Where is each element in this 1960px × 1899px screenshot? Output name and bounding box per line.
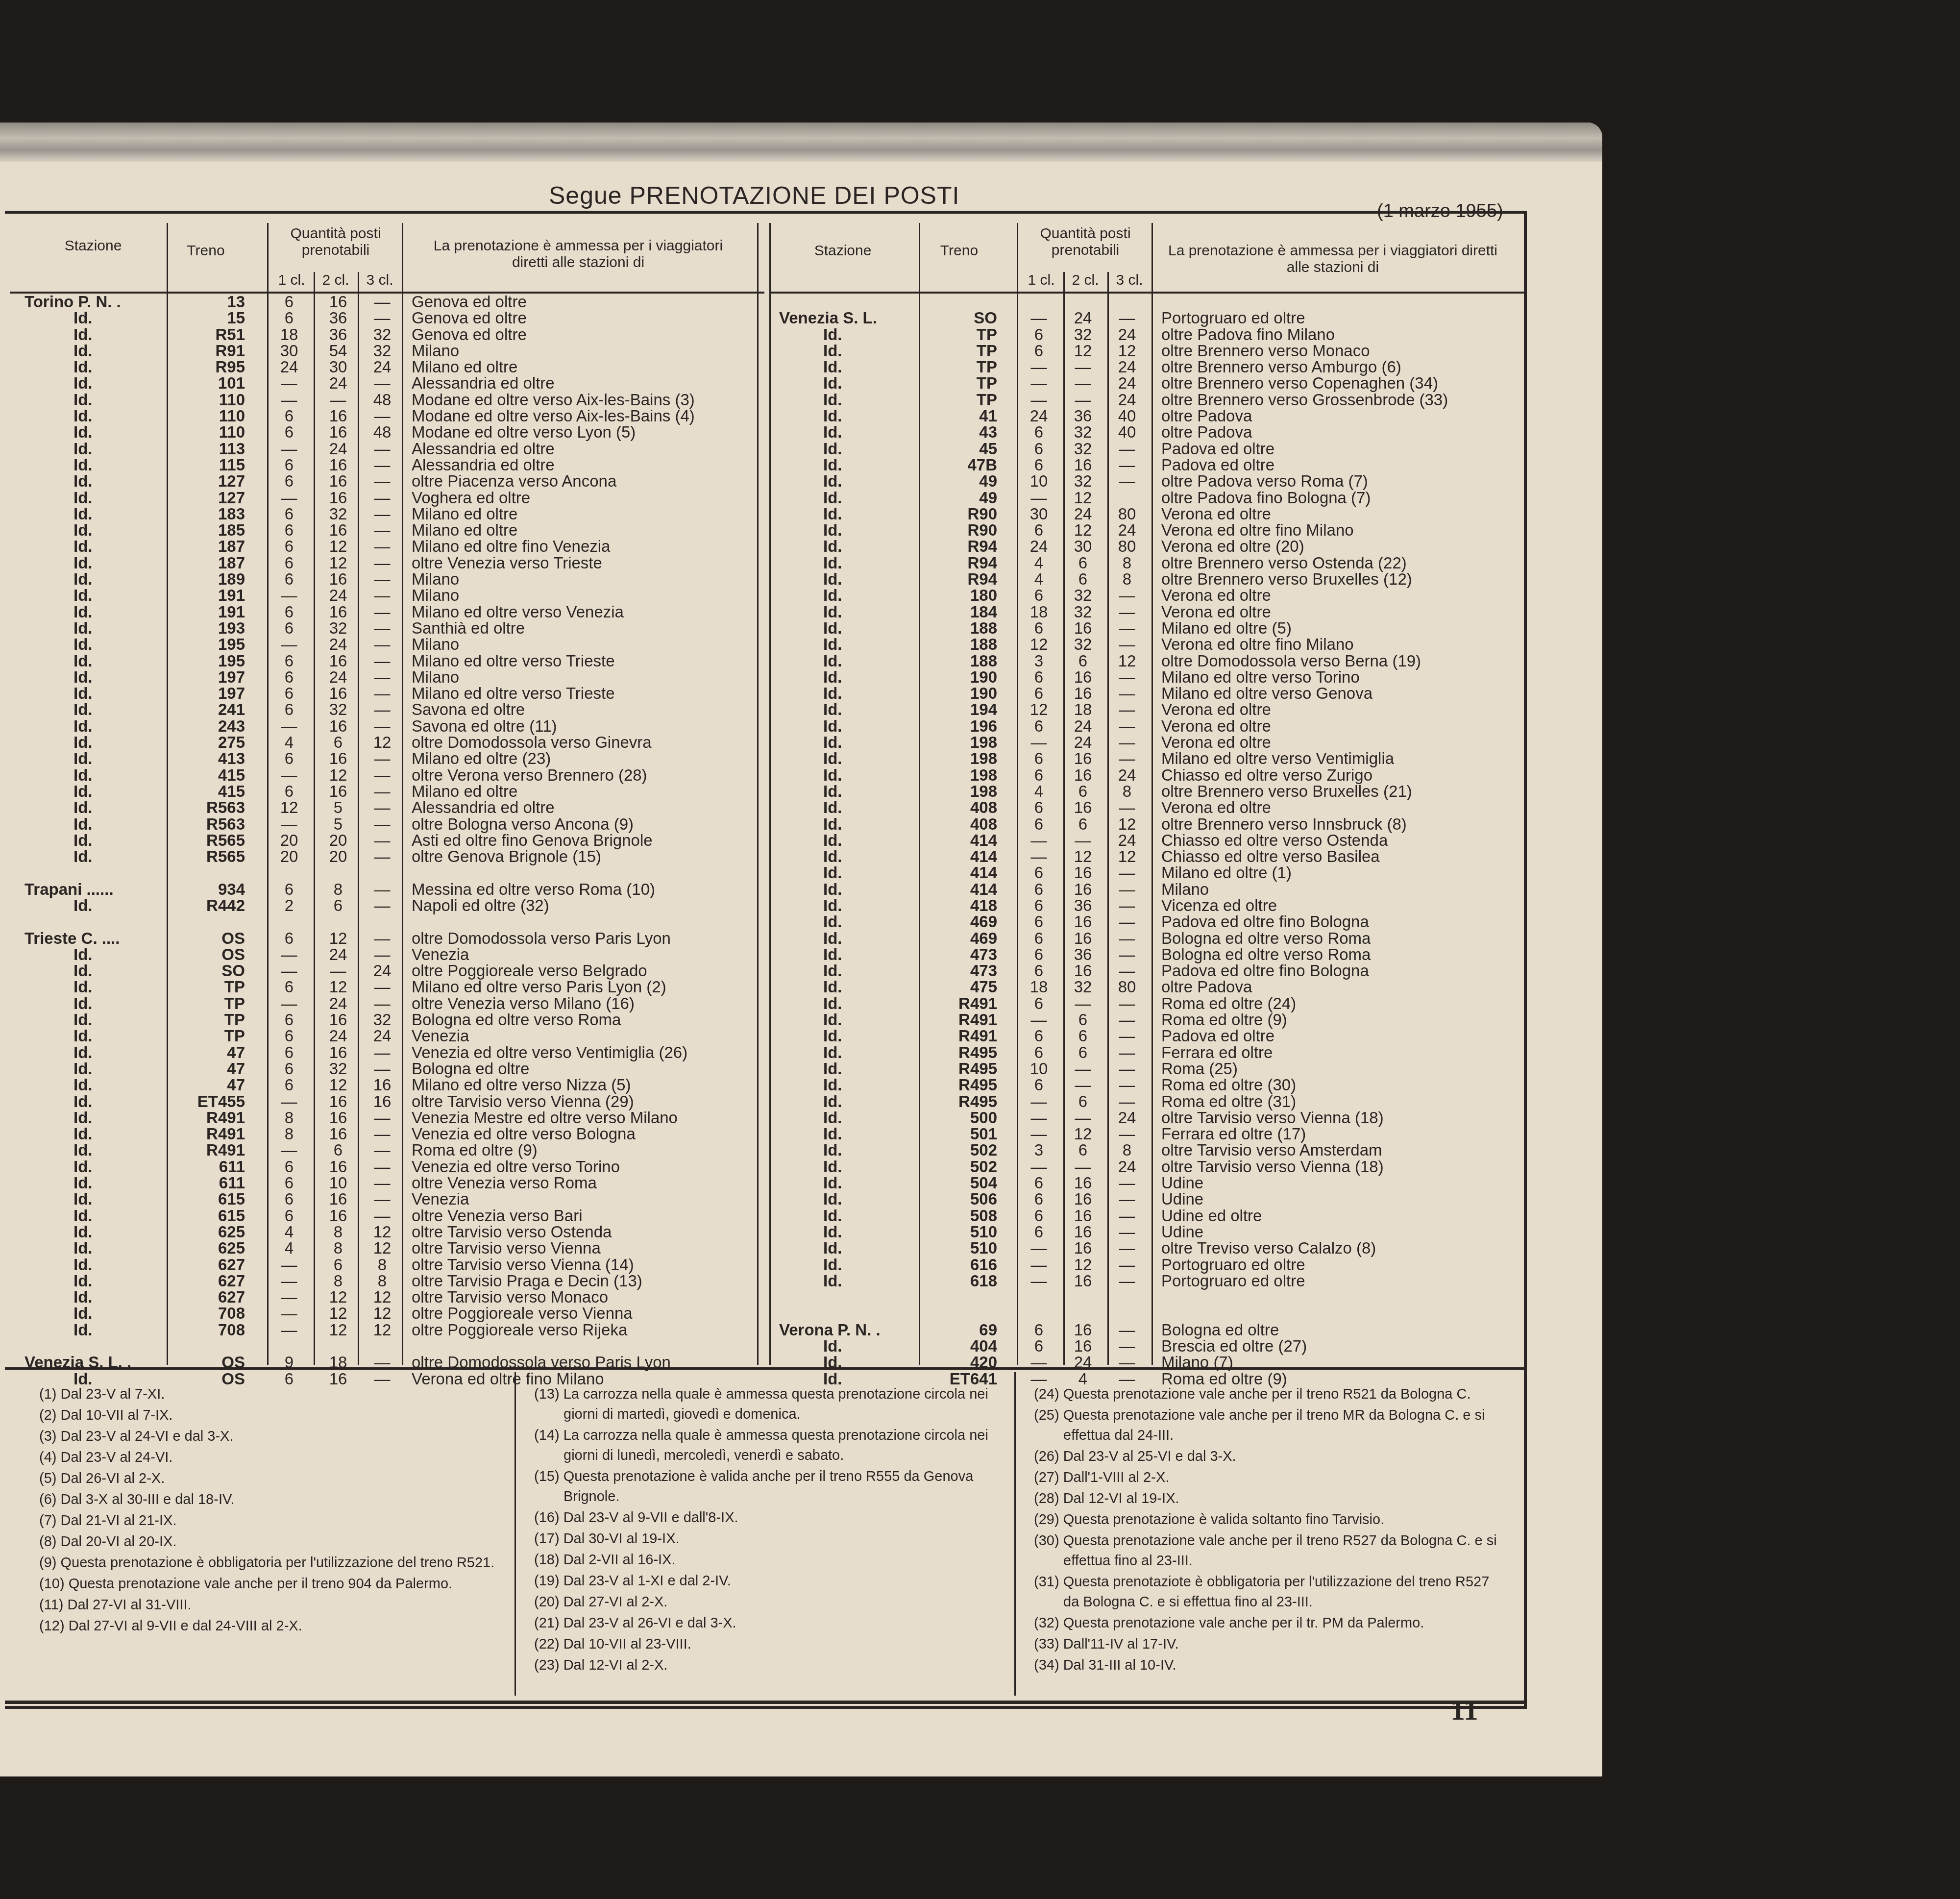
class3-cell: — (363, 587, 402, 603)
train-cell: 198 (916, 783, 997, 799)
class3-cell: 24 (1107, 359, 1147, 375)
class3-cell: — (1107, 913, 1147, 930)
table-row: Id.413616—Milano ed oltre (23) (10, 750, 764, 766)
train-cell: TP (162, 995, 245, 1011)
class1-cell: 6 (1019, 326, 1058, 343)
table-row: Id.R563—5—oltre Bologna verso Ancona (9) (10, 816, 764, 832)
train-cell: 190 (916, 669, 997, 685)
class3-cell: — (1107, 995, 1147, 1011)
class2-cell: 16 (318, 571, 358, 587)
class2-cell: 12 (1063, 848, 1102, 864)
class3-cell: 80 (1107, 538, 1147, 554)
destination-cell: Ferrara ed oltre (1161, 1044, 1273, 1060)
station-cell: Id. (73, 962, 93, 979)
destination-cell: Verona ed oltre (1161, 604, 1271, 620)
station-cell: Id. (73, 799, 93, 815)
column-rule (358, 272, 359, 1365)
destination-cell: oltre Brennero verso Bruxelles (12) (1161, 571, 1412, 587)
class2-cell: 16 (318, 1093, 358, 1110)
class3-cell: — (363, 832, 402, 848)
destination-cell: oltre Venezia verso Roma (412, 1175, 597, 1191)
station-cell: Id. (73, 1142, 93, 1158)
table-row: Id.618—16—Portogruaro ed oltre (769, 1273, 1524, 1289)
class2-cell: 32 (1063, 587, 1102, 603)
class1-cell: 6 (1019, 816, 1058, 832)
class2-cell: 24 (318, 1028, 358, 1044)
station-cell: Id. (73, 1126, 93, 1142)
destination-cell: Venezia ed oltre verso Bologna (412, 1126, 636, 1142)
destination-cell: oltre Domodossola verso Paris Lyon (412, 1354, 671, 1370)
class2-cell: 12 (318, 1077, 358, 1093)
table-row: Id.110616—Modane ed oltre verso Aix-les-… (10, 408, 764, 424)
class2-cell: 16 (318, 457, 358, 473)
destination-cell: Brescia ed oltre (27) (1161, 1338, 1307, 1354)
destination-cell: Padova ed oltre (1161, 1028, 1274, 1044)
train-cell: 506 (916, 1191, 997, 1207)
table-row: Id.190616—Milano ed oltre verso Genova (769, 685, 1524, 701)
station-cell: Id. (73, 326, 93, 343)
class3-cell: — (1107, 1077, 1147, 1093)
class1-cell: 6 (269, 653, 309, 669)
station-cell: Id. (823, 522, 842, 538)
station-cell: Id. (73, 620, 93, 636)
train-cell: R491 (916, 995, 997, 1011)
destination-cell: Milano ed oltre verso Ventimiglia (1161, 750, 1394, 766)
class3-cell: 12 (1107, 816, 1147, 832)
class3-cell: — (1107, 1175, 1147, 1191)
station-cell: Id. (823, 441, 842, 457)
footnote-divider (1014, 1372, 1016, 1696)
footnote: (24) Questa prenotazione vale anche per … (1034, 1384, 1504, 1405)
class3-cell: 8 (1107, 555, 1147, 571)
table-row: Id.241632—Savona ed oltre (10, 701, 764, 717)
train-cell: 618 (916, 1273, 997, 1289)
destination-cell: oltre Venezia verso Bari (412, 1208, 583, 1224)
station-cell: Id. (823, 962, 842, 979)
class1-cell: 6 (269, 522, 309, 538)
destination-cell: Verona ed oltre fino Milano (1161, 522, 1354, 538)
class1-cell: 6 (269, 1159, 309, 1175)
class3-cell: — (363, 701, 402, 717)
destination-cell: Milano ed oltre (23) (412, 750, 551, 766)
train-cell: R565 (162, 832, 245, 848)
class1-cell: 6 (269, 571, 309, 587)
class2-cell: 16 (1063, 864, 1102, 881)
class3-cell: — (1107, 1322, 1147, 1338)
class3-cell: — (363, 669, 402, 685)
table-row (10, 864, 764, 881)
class3-cell: 80 (1107, 979, 1147, 995)
class1-cell: 6 (1019, 1175, 1058, 1191)
class1-cell: 6 (269, 604, 309, 620)
header-destinazione: La prenotazione è ammessa per i viaggiat… (421, 238, 735, 271)
class3-cell: — (363, 1208, 402, 1224)
table-row: Id.R49166—Padova ed oltre (769, 1028, 1524, 1044)
class3-cell: — (363, 310, 402, 326)
station-cell: Id. (823, 571, 842, 587)
class1-cell: 6 (269, 1060, 309, 1077)
header-cl2: 2 cl. (314, 272, 358, 289)
table-body-right: Venezia S. L.SO—24—Portogruaro ed oltreI… (769, 294, 1524, 1387)
class2-cell: 12 (318, 538, 358, 554)
table-row: Id.R9061224Verona ed oltre fino Milano (769, 522, 1524, 538)
train-cell: TP (162, 979, 245, 995)
class3-cell: — (363, 979, 402, 995)
class3-cell: — (1107, 1191, 1147, 1207)
train-cell: 708 (162, 1322, 245, 1338)
class1-cell: 6 (269, 473, 309, 489)
class3-cell: — (363, 1175, 402, 1191)
class1-cell: 18 (1019, 604, 1058, 620)
class1-cell: 6 (1019, 881, 1058, 897)
table-row: Id.R4916——Roma ed oltre (24) (769, 995, 1524, 1011)
station-cell: Id. (73, 1110, 93, 1126)
table-row: Id.615616—oltre Venezia verso Bari (10, 1208, 764, 1224)
table-row: Id.195—24—Milano (10, 636, 764, 652)
train-cell: 188 (916, 636, 997, 652)
class1-cell: 6 (269, 930, 309, 946)
train-cell: OS (162, 1354, 245, 1370)
destination-cell: oltre Brennero verso Innsbruck (8) (1161, 816, 1407, 832)
destination-cell: Verona ed oltre (1161, 701, 1271, 717)
column-rule (1017, 223, 1018, 1365)
train-cell: 627 (162, 1273, 245, 1289)
station-cell: Id. (73, 1257, 93, 1273)
class2-cell: 12 (1063, 343, 1102, 359)
class1-cell: — (269, 1322, 309, 1338)
table-row: Id.127—16—Voghera ed oltre (10, 490, 764, 506)
train-cell: R90 (916, 506, 997, 522)
class1-cell: 6 (269, 408, 309, 424)
header-cl1: 1 cl. (1019, 272, 1063, 289)
class1-cell: 3 (1019, 653, 1058, 669)
class2-cell: 24 (1063, 1354, 1102, 1370)
table-row: Id.2754612oltre Domodossola verso Ginevr… (10, 734, 764, 750)
class1-cell: 6 (269, 881, 309, 897)
destination-cell: Modane ed oltre verso Aix-les-Bains (3) (412, 392, 695, 408)
station-cell: Id. (73, 750, 93, 766)
class2-cell: 6 (318, 1142, 358, 1158)
class1-cell: 6 (1019, 1224, 1058, 1240)
class3-cell: — (1107, 864, 1147, 881)
table-row: Id.404616—Brescia ed oltre (27) (769, 1338, 1524, 1354)
class3-cell: — (363, 718, 402, 734)
class3-cell: — (1107, 1354, 1147, 1370)
station-cell: Id. (823, 1257, 842, 1273)
class3-cell: — (1107, 310, 1147, 326)
class1-cell: — (1019, 1273, 1058, 1289)
station-cell: Id. (823, 832, 842, 848)
train-cell: 243 (162, 718, 245, 734)
class2-cell: 32 (318, 1060, 358, 1077)
class3-cell: — (1107, 636, 1147, 652)
class2-cell: 6 (1063, 1093, 1102, 1110)
train-cell: R495 (916, 1044, 997, 1060)
class1-cell: 12 (269, 799, 309, 815)
class2-cell: 16 (318, 783, 358, 799)
class3-cell: — (1107, 457, 1147, 473)
destination-cell: Milano ed oltre verso Venezia (412, 604, 624, 620)
footnote: (16) Dal 23-V al 9-VII e dall'8-IX. (534, 1508, 1004, 1528)
train-cell: TP (916, 343, 997, 359)
destination-cell: Portogruaro ed oltre (1161, 310, 1305, 326)
class3-cell: — (363, 473, 402, 489)
train-cell: 408 (916, 816, 997, 832)
destination-cell: oltre Piacenza verso Ancona (412, 473, 616, 489)
class1-cell: 8 (269, 1110, 309, 1126)
train-cell: 625 (162, 1240, 245, 1256)
class2-cell: 32 (1063, 979, 1102, 995)
destination-cell: Venezia (412, 1028, 469, 1044)
table-row: Id.491032—oltre Padova verso Roma (7) (769, 473, 1524, 489)
destination-cell: Voghera ed oltre (412, 490, 530, 506)
destination-cell: Padova ed oltre fino Bologna (1161, 913, 1369, 930)
station-cell: Id. (823, 946, 842, 962)
class2-cell: 36 (1063, 408, 1102, 424)
footnote: (5) Dal 26-VI al 2-X. (39, 1469, 495, 1489)
footnote: (17) Dal 30-VI al 19-IX. (534, 1529, 1004, 1549)
class3-cell: 12 (1107, 848, 1147, 864)
destination-cell: oltre Padova verso Roma (7) (1161, 473, 1368, 489)
header-treno: Treno (916, 243, 1002, 259)
train-cell: 510 (916, 1240, 997, 1256)
class1-cell: 6 (1019, 441, 1058, 457)
train-cell: 420 (916, 1354, 997, 1370)
station-cell: Id. (823, 734, 842, 750)
train-cell: 469 (916, 930, 997, 946)
train-cell: 113 (162, 441, 245, 457)
class2-cell: 8 (318, 1273, 358, 1289)
station-cell: Id. (823, 1093, 842, 1110)
footnote: (7) Dal 21-VI al 21-IX. (39, 1511, 495, 1531)
table-row: Id.TP61212oltre Brennero verso Monaco (769, 343, 1524, 359)
class3-cell: — (363, 783, 402, 799)
table-row: Id.469616—Padova ed oltre fino Bologna (769, 913, 1524, 930)
destination-cell: Genova ed oltre (412, 326, 527, 343)
destination-cell: oltre Tarvisio verso Ostenda (412, 1224, 612, 1240)
station-cell: Id. (823, 864, 842, 881)
class1-cell: — (1019, 1093, 1058, 1110)
column-rule (919, 223, 920, 1365)
class2-cell: 24 (1063, 718, 1102, 734)
class2-cell: 16 (1063, 1322, 1102, 1338)
destination-cell: Alessandria ed oltre (412, 457, 555, 473)
class3-cell: 40 (1107, 424, 1147, 440)
header-cl3: 3 cl. (358, 272, 402, 289)
footnote: (20) Dal 27-VI al 2-X. (534, 1592, 1004, 1612)
class1-cell: 6 (269, 669, 309, 685)
train-cell: 615 (162, 1208, 245, 1224)
class3-cell: 12 (363, 1322, 402, 1338)
table-row: Id.500——24oltre Tarvisio verso Vienna (1… (769, 1110, 1524, 1126)
class3-cell: 24 (1107, 832, 1147, 848)
train-cell: 45 (916, 441, 997, 457)
class2-cell: 24 (318, 636, 358, 652)
station-cell: Id. (823, 669, 842, 685)
class1-cell: 18 (269, 326, 309, 343)
class2-cell: 6 (318, 897, 358, 913)
destination-cell: Santhià ed oltre (412, 620, 525, 636)
destination-cell: Venezia (412, 946, 469, 962)
class1-cell: — (269, 490, 309, 506)
table-row: Id.506616—Udine (769, 1191, 1524, 1207)
footnote: (29) Questa prenotazione è valida soltan… (1034, 1510, 1504, 1530)
class3-cell: 12 (363, 1224, 402, 1240)
class1-cell: 12 (1019, 636, 1058, 652)
footnote: (2) Dal 10-VII al 7-IX. (39, 1406, 495, 1426)
train-cell: R495 (916, 1077, 997, 1093)
class3-cell: — (363, 490, 402, 506)
footnote: (1) Dal 23-V al 7-XI. (39, 1384, 495, 1405)
station-cell: Id. (73, 685, 93, 701)
table-row (769, 1289, 1524, 1305)
station-cell: Id. (823, 359, 842, 375)
train-cell: 275 (162, 734, 245, 750)
destination-cell: Verona ed oltre (1161, 587, 1271, 603)
table-row: Id.45632—Padova ed oltre (769, 441, 1524, 457)
train-cell: 180 (916, 587, 997, 603)
station-cell: Id. (73, 522, 93, 538)
destination-cell: Alessandria ed oltre (412, 441, 555, 457)
table-row: Id.708—1212oltre Poggioreale verso Vienn… (10, 1305, 764, 1321)
class2-cell: 16 (1063, 913, 1102, 930)
class1-cell: 6 (1019, 669, 1058, 685)
table-row: Id.504616—Udine (769, 1175, 1524, 1191)
table-row (769, 294, 1524, 310)
footnote: (32) Questa prenotazione vale anche per … (1034, 1613, 1504, 1633)
class2-cell: 16 (318, 1159, 358, 1175)
class2-cell: 16 (318, 424, 358, 440)
destination-cell: Udine (1161, 1224, 1203, 1240)
train-cell: 504 (916, 1175, 997, 1191)
footnote: (15) Questa prenotazione è valida anche … (534, 1467, 1004, 1507)
table-row: Id.190616—Milano ed oltre verso Torino (769, 669, 1524, 685)
class2-cell: 36 (1063, 946, 1102, 962)
station-cell: Id. (823, 538, 842, 554)
class1-cell: 24 (1019, 408, 1058, 424)
station-cell: Id. (823, 473, 842, 489)
class1-cell: — (269, 1257, 309, 1273)
class3-cell: 32 (363, 326, 402, 343)
destination-cell: oltre Tarvisio verso Vienna (14) (412, 1257, 634, 1273)
train-cell: 198 (916, 750, 997, 766)
class2-cell: — (1063, 1060, 1102, 1077)
train-cell: TP (916, 326, 997, 343)
destination-cell: oltre Brennero verso Grossenbrode (33) (1161, 392, 1448, 408)
station-cell: Id. (73, 669, 93, 685)
header-treno: Treno (162, 243, 250, 259)
destination-cell: Roma ed oltre (9) (1161, 1011, 1287, 1028)
train-cell: SO (162, 962, 245, 979)
destination-cell: Milano ed oltre fino Venezia (412, 538, 610, 554)
class1-cell: 6 (269, 783, 309, 799)
class2-cell: 6 (1063, 1011, 1102, 1028)
class1-cell: 6 (269, 1011, 309, 1028)
class2-cell: 8 (318, 881, 358, 897)
table-row: Id.196624—Verona ed oltre (769, 718, 1524, 734)
table-row: Id.4363240oltre Padova (769, 424, 1524, 440)
table-row: Id.41243640oltre Padova (769, 408, 1524, 424)
class2-cell: 16 (318, 1044, 358, 1060)
class3-cell: — (1107, 1338, 1147, 1354)
class2-cell: 16 (1063, 1191, 1102, 1207)
table-row: Id.R51183632Genova ed oltre (10, 326, 764, 343)
train-cell: R491 (916, 1028, 997, 1044)
class2-cell: — (1063, 1159, 1102, 1175)
train-cell: 408 (916, 799, 997, 815)
table-row: Id.191—24—Milano (10, 587, 764, 603)
table-row: Id.185616—Milano ed oltre (10, 522, 764, 538)
table-row: Id.198—24—Verona ed oltre (769, 734, 1524, 750)
class2-cell: 6 (1063, 1028, 1102, 1044)
table-row: Id.6254812oltre Tarvisio verso Ostenda (10, 1224, 764, 1240)
class1-cell: 6 (1019, 962, 1058, 979)
class2-cell: 6 (1063, 653, 1102, 669)
table-row: Id.113—24—Alessandria ed oltre (10, 441, 764, 457)
train-cell: TP (916, 392, 997, 408)
class2-cell: 16 (1063, 881, 1102, 897)
station-cell: Id. (823, 1142, 842, 1158)
train-cell: 49 (916, 473, 997, 489)
table-row: Id.415—12—oltre Verona verso Brennero (2… (10, 767, 764, 783)
train-cell: 187 (162, 555, 245, 571)
train-cell: 185 (162, 522, 245, 538)
train-cell: R91 (162, 343, 245, 359)
class2-cell: 12 (318, 1322, 358, 1338)
class2-cell: 16 (318, 1126, 358, 1142)
table-row: Id.TP63224oltre Padova fino Milano (769, 326, 1524, 343)
class2-cell: 16 (1063, 669, 1102, 685)
destination-cell: Bologna ed oltre verso Roma (1161, 946, 1371, 962)
class2-cell: 16 (318, 718, 358, 734)
class3-cell: — (363, 1126, 402, 1142)
footnote: (6) Dal 3-X al 30-III e dal 18-IV. (39, 1490, 495, 1510)
destination-cell: Milano ed oltre (5) (1161, 620, 1292, 636)
train-cell: R90 (916, 522, 997, 538)
footnote: (25) Questa prenotazione vale anche per … (1034, 1406, 1504, 1446)
table-row: Id.R90302480Verona ed oltre (769, 506, 1524, 522)
train-cell: 13 (162, 294, 245, 310)
destination-cell: Milano (412, 636, 459, 652)
header-stazione: Stazione (29, 238, 157, 254)
class1-cell: 20 (269, 832, 309, 848)
destination-cell: oltre Domodossola verso Paris Lyon (412, 930, 671, 946)
destination-cell: oltre Tarvisio Praga e Decin (13) (412, 1273, 642, 1289)
class1-cell: 6 (269, 1028, 309, 1044)
class2-cell: 16 (1063, 962, 1102, 979)
table-row: Id.R491—6—Roma ed oltre (9) (769, 1011, 1524, 1028)
train-cell: 187 (162, 538, 245, 554)
table-row: Id.414616—Milano (769, 881, 1524, 897)
class1-cell: — (1019, 832, 1058, 848)
destination-cell: Milano ed oltre verso Torino (1161, 669, 1360, 685)
destination-cell: Milano ed oltre (412, 506, 517, 522)
station-cell: Id. (823, 767, 842, 783)
class3-cell: — (1107, 1011, 1147, 1028)
class2-cell: 24 (318, 669, 358, 685)
table-row: Id.TP——24oltre Brennero verso Copenaghen… (769, 375, 1524, 391)
class1-cell: 6 (269, 424, 309, 440)
station-cell: Id. (823, 490, 842, 506)
station-cell: Id. (823, 1159, 842, 1175)
table-row: Id.R491816—Venezia ed oltre verso Bologn… (10, 1126, 764, 1142)
destination-cell: Milano ed oltre verso Nizza (5) (412, 1077, 631, 1093)
class2-cell: 16 (318, 750, 358, 766)
class3-cell: — (1107, 620, 1147, 636)
class3-cell: — (1107, 1208, 1147, 1224)
station-cell: Id. (73, 979, 93, 995)
table-row: Id.408616—Verona ed oltre (769, 799, 1524, 815)
